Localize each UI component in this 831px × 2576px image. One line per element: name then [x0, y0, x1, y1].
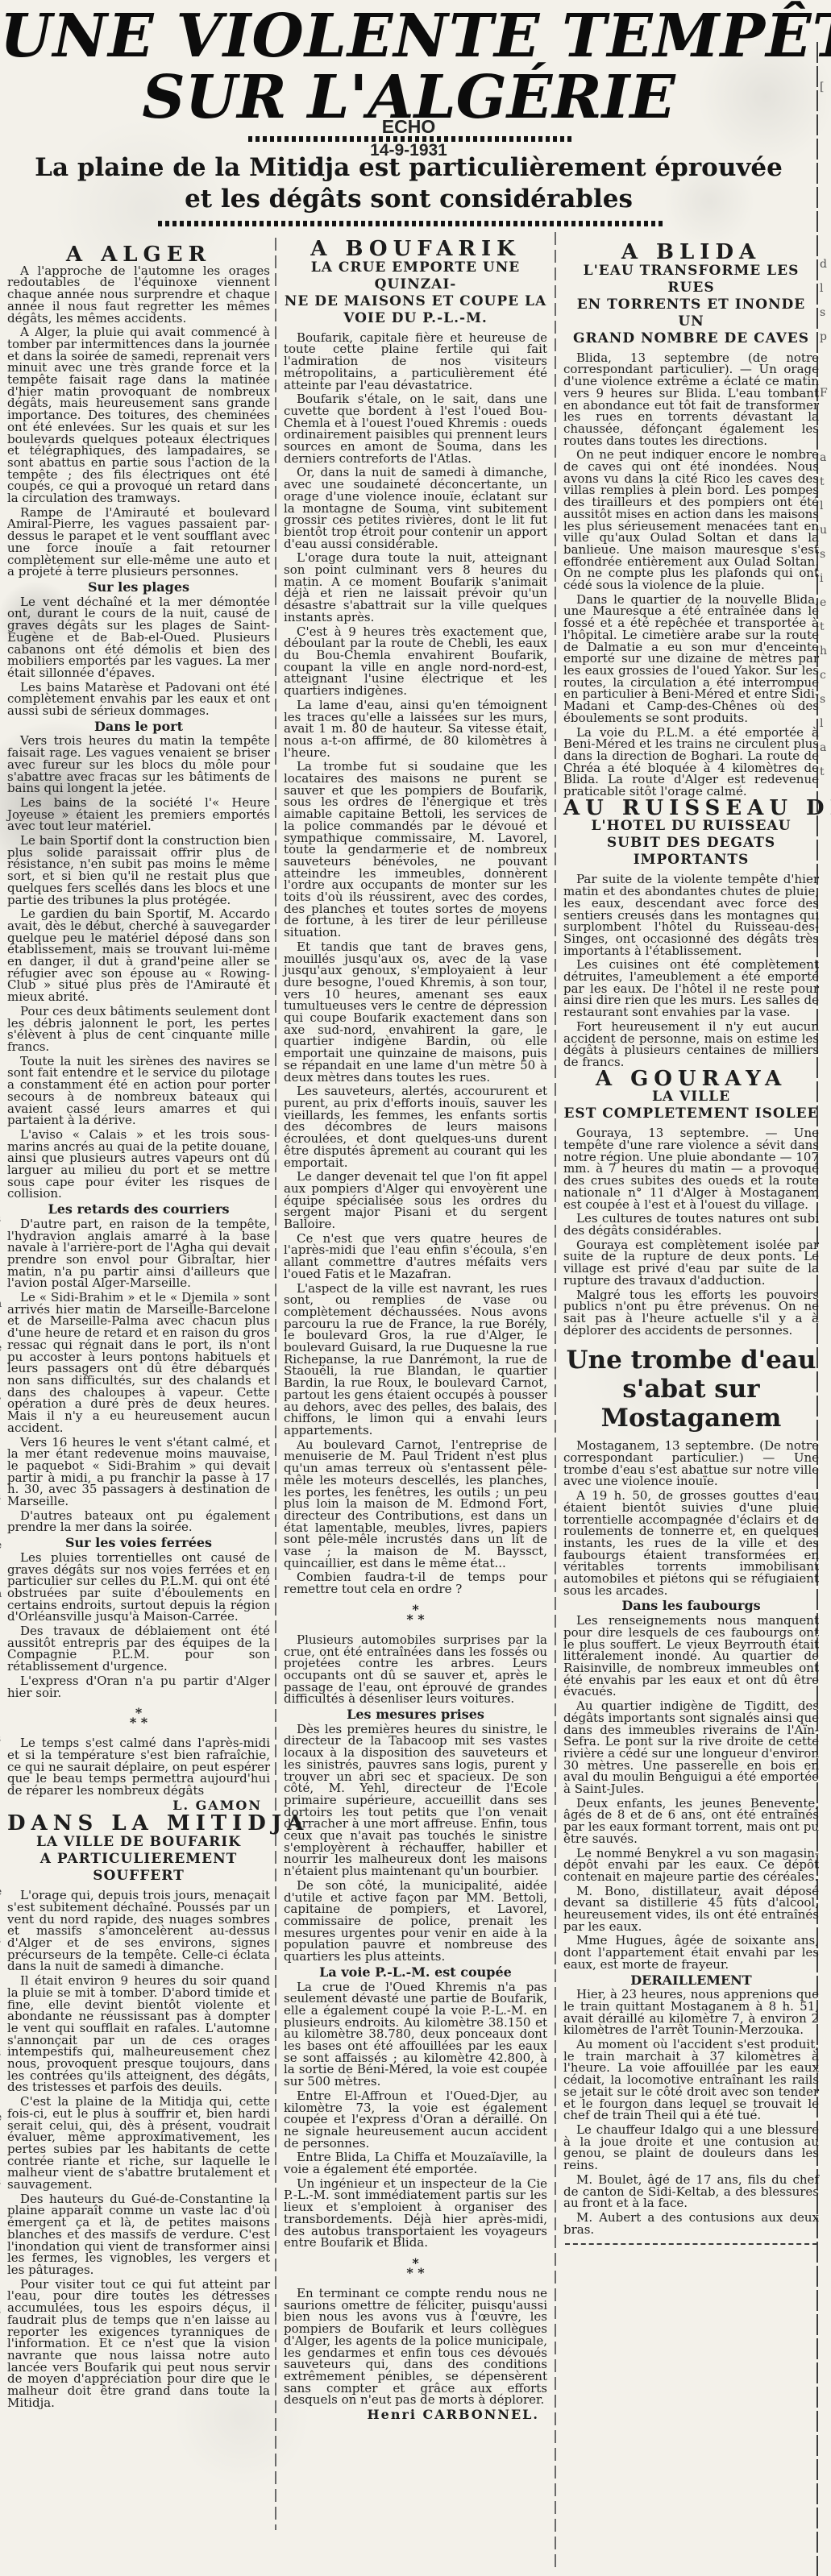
edge-glyph: d: [820, 258, 827, 271]
crosshead: Sur les plages: [7, 582, 270, 594]
paragraph: Malgré tous les efforts les pouvoirs pub…: [563, 1289, 819, 1337]
article-subheading: L'HOTEL DU RUISSEAU SUBIT DES DEGATS IMP…: [563, 818, 819, 869]
paragraph: Or, dans la nuit de samedi à dimanche, a…: [284, 467, 547, 550]
paragraph: A 19 h. 50, de grosses gouttes d'eau éta…: [563, 1490, 819, 1596]
paragraph: Boufarik s'étale, on le sait, dans une c…: [284, 393, 547, 464]
paragraph: Au moment où l'accident s'est produit, l…: [563, 2039, 819, 2122]
column-boufarik: A BOUFARIKLA CRUE EMPORTE UNE QUINZAI- N…: [284, 239, 547, 2428]
paragraph: En terminant ce compte rendu nous ne sau…: [284, 2288, 547, 2406]
paragraph: Entre Blida, La Chiffa et Mouzaïaville, …: [284, 2151, 547, 2175]
column-rule-2: [555, 232, 556, 2570]
article-subheading: LA CRUE EMPORTE UNE QUINZAI- NE DE MAISO…: [284, 259, 547, 327]
edge-glyph: t: [820, 475, 825, 488]
paragraph: Le nommé Benykrel a vu son magasin-dépôt…: [563, 1848, 819, 1883]
headline-line-1: UNE VIOLENTE TEMPÊTE: [0, 2, 817, 71]
edge-glyph: a: [0, 1297, 2, 1310]
paragraph: Au quartier indigène de Tigditt, des dég…: [563, 1700, 819, 1795]
paragraph: Blida, 13 septembre (de notre correspond…: [563, 352, 819, 447]
edge-glyph: s: [0, 2304, 1, 2317]
edge-glyph: r: [0, 1394, 1, 1407]
edge-glyph: l: [820, 717, 823, 730]
paragraph: L'aviso « Calais » et les trois sous-mar…: [7, 1129, 270, 1200]
paragraph: De son côté, la municipalité, aidée d'ut…: [284, 1880, 547, 1963]
edge-glyph: p: [820, 330, 827, 343]
end-rule: [565, 2243, 817, 2245]
stars-separator: * * *: [7, 1708, 270, 1728]
edge-glyph: s: [820, 306, 825, 319]
crosshead: La voie P.-L.-M. est coupée: [284, 1967, 547, 1979]
paragraph: L'orage qui, depuis trois jours, menaçai…: [7, 1889, 270, 1972]
column-blida: A BLIDAL'EAU TRANSFORME LES RUES EN TORR…: [563, 242, 819, 2245]
edge-glyph: i: [820, 572, 823, 585]
edge-glyph: s: [820, 693, 825, 706]
article-heading: A ALGER: [7, 249, 270, 261]
paragraph: Le bain Sportif dont la construction bie…: [7, 835, 270, 906]
article-heading: DANS LA MITIDJA: [7, 1818, 270, 1830]
paragraph: Le chauffeur Idalgo qui a une blessure à…: [563, 2124, 819, 2172]
paragraph: La trombe fut si soudaine que les locata…: [284, 761, 547, 939]
paragraph: Gouraya est complètement isolée par suit…: [563, 1239, 819, 1287]
paragraph: Des hauteurs du Gué-de-Constantine la pl…: [7, 2193, 270, 2276]
edge-glyph: a: [820, 451, 826, 464]
paragraph: Pour visiter tout ce qui fut atteint par…: [7, 2279, 270, 2409]
archive-stamp-date: 14-9-1931: [0, 141, 817, 160]
paragraph: Et tandis que tant de braves gens, mouil…: [284, 941, 547, 1083]
paragraph: Vers 16 heures le vent s'étant calmé, et…: [7, 1437, 270, 1508]
edge-glyph: h: [820, 645, 827, 657]
edge-glyph: a: [820, 741, 826, 754]
column-rule-1: [275, 238, 276, 2530]
edge-glyph: e: [0, 1342, 2, 1354]
paragraph: Plusieurs automobiles surprises par la c…: [284, 1634, 547, 1705]
article-heading: A BLIDA: [563, 247, 819, 259]
paragraph: La voie du P.L.M. a été emportée à Beni-…: [563, 727, 819, 798]
paragraph: Entre El-Affroun et l'Oued-Djer, au kilo…: [284, 2090, 547, 2150]
newspaper-page: UNE VIOLENTE TEMPÊTE SUR L'ALGÉRIE ECHO …: [0, 0, 831, 2576]
paragraph: On ne peut indiquer encore le nombre de …: [563, 449, 819, 591]
paragraph: La lame d'eau, ainsi qu'en témoignent le…: [284, 699, 547, 759]
paragraph: Les sauveteurs, alertés, accoururent et …: [284, 1085, 547, 1168]
signature: Henri CARBONNEL.: [284, 2409, 539, 2421]
paragraph: Le vent déchaîné et la mer démontée ont,…: [7, 596, 270, 679]
paragraph: Rampe de l'Amirauté et boulevard Amiral-…: [7, 507, 270, 578]
paragraph: Les bains Matarèse et Padovani ont été c…: [7, 682, 270, 717]
paragraph: Toute la nuit les sirènes des navires se…: [7, 1056, 270, 1126]
edge-glyph: s: [0, 1491, 1, 1504]
paragraph: Les bains de la société l'« Heure Joyeus…: [7, 797, 270, 832]
crosshead: Les mesures prises: [284, 1709, 547, 1721]
paragraph: Ce n'est que vers quatre heures de l'apr…: [284, 1233, 547, 1280]
paragraph: Fort heureusement il n'y eut aucun accid…: [563, 1021, 819, 1068]
column-alger: A ALGERA l'approche de l'automne les ora…: [7, 244, 270, 2411]
article-heading: AU RUISSEAU DES SINGES: [563, 803, 819, 815]
edge-glyph: e: [0, 1885, 2, 1898]
paragraph: M. Aubert a des contusions aux deux bras…: [563, 2212, 819, 2235]
crosshead: DERAILLEMENT: [563, 1975, 819, 1987]
edge-glyph: c: [820, 669, 826, 682]
paragraph: Des travaux de déblaiement ont été aussi…: [7, 1625, 270, 1673]
paragraph: Combien faudra-t-il de temps pour remett…: [284, 1571, 547, 1595]
deck-line-2: et les dégâts sont considérables: [0, 185, 817, 214]
paragraph: La crue de l'Oued Khremis n'a pas seulem…: [284, 1981, 547, 2088]
edge-glyph: a: [0, 1587, 2, 1600]
paragraph: Hier, à 23 heures, nous apprenions que l…: [563, 1989, 819, 2036]
paragraph: L'aspect de la ville est navrant, les ru…: [284, 1283, 547, 1437]
edge-glyph: e: [820, 596, 826, 609]
edge-glyph: t: [820, 765, 825, 778]
article-heading: A BOUFARIK: [284, 243, 547, 255]
paragraph: Au boulevard Carnot, l'entreprise de men…: [284, 1439, 547, 1570]
paragraph: Les pluies torrentielles ont causé de gr…: [7, 1552, 270, 1623]
edge-glyph: u: [820, 524, 827, 537]
paragraph: L'express d'Oran n'a pu partir d'Alger h…: [7, 1675, 270, 1699]
paragraph: Dès les premières heures du sinistre, le…: [284, 1724, 547, 1877]
edge-glyph: [: [820, 81, 824, 93]
paragraph: C'est à 9 heures très exactement que, dé…: [284, 626, 547, 697]
paragraph: Vers trois heures du matin la tempête fa…: [7, 735, 270, 794]
edge-glyph: s: [820, 548, 825, 561]
paragraph: Par suite de la violente tempête d'hier …: [563, 873, 819, 956]
edge-glyph: l: [820, 500, 823, 512]
paragraph: Boufarik, capitale fière et heureuse de …: [284, 332, 547, 392]
paragraph: Le danger devenait tel que l'on fit appe…: [284, 1171, 547, 1230]
edge-glyph: F: [820, 387, 828, 400]
edge-glyph: s: [0, 1934, 1, 1947]
edge-glyph: s: [0, 2176, 1, 2188]
paragraph: Le gardien du bain Sportif, M. Accardo a…: [7, 908, 270, 1003]
paragraph: Le temps s'est calmé dans l'après-midi e…: [7, 1737, 270, 1797]
edge-glyph: e: [0, 1539, 2, 1552]
paragraph: Gouraya, 13 septembre. — Une tempête d'u…: [563, 1127, 819, 1210]
right-edge-cut-text: [dlspFatlusiethcslat: [819, 0, 831, 2576]
paragraph: Les cuisines ont été complètement détrui…: [563, 959, 819, 1018]
stars-separator: * * *: [284, 2259, 547, 2278]
edge-glyph: e: [0, 2111, 2, 2124]
paragraph: Il était environ 9 heures du soir quand …: [7, 1975, 270, 2093]
paragraph: Pour ces deux bâtiments seulement dont l…: [7, 1006, 270, 1053]
edge-glyph: s: [0, 1732, 1, 1745]
paragraph: D'autre part, en raison de la tempête, l…: [7, 1218, 270, 1289]
signature: L. GAMON: [7, 1800, 262, 1812]
display-heading: Une trombe d'eau s'abat sur Mostaganem: [563, 1346, 819, 1433]
archive-stamp-source: ECHO: [0, 116, 817, 138]
paragraph: D'autres bateaux ont pu également prendr…: [7, 1510, 270, 1533]
paragraph: A Alger, la pluie qui avait commencé à t…: [7, 326, 270, 504]
paragraph: L'orage dura toute la nuit, atteignant s…: [284, 552, 547, 623]
article-subheading: LA VILLE EST COMPLETEMENT ISOLEE: [563, 1089, 819, 1122]
crosshead: Dans les faubourgs: [563, 1600, 819, 1612]
edge-glyph: s: [0, 1213, 1, 1226]
paragraph: Le « Sidi-Brahim » et le « Djemila » son…: [7, 1292, 270, 1433]
paragraph: Dans le quartier de la nouvelle Blida, u…: [563, 594, 819, 724]
article-subheading: LA VILLE DE BOUFARIK A PARTICULIEREMENT …: [7, 1834, 270, 1885]
paragraph: A l'approche de l'automne les orages red…: [7, 265, 270, 325]
paragraph: Les cultures de toutes natures ont subi …: [563, 1213, 819, 1236]
stars-separator: * * *: [284, 1605, 547, 1624]
crosshead: Les retards des courriers: [7, 1204, 270, 1216]
edge-glyph: t: [820, 620, 825, 633]
paragraph: Mme Hugues, âgée de soixante ans, dont l…: [563, 1935, 819, 1970]
paragraph: M. Bono, distillateur, avait déposé deva…: [563, 1885, 819, 1933]
paragraph: Mostaganem, 13 septembre. (De notre corr…: [563, 1440, 819, 1487]
paragraph: Un ingénieur et un inspecteur de la Cie …: [284, 2178, 547, 2249]
article-subheading: L'EAU TRANSFORME LES RUES EN TORRENTS ET…: [563, 263, 819, 347]
crosshead: Sur les voies ferrées: [7, 1537, 270, 1549]
edge-glyph: l: [820, 282, 823, 295]
edge-glyph: s: [0, 2047, 1, 2060]
paragraph: C'est la plaine de la Mitidja qui, cette…: [7, 2096, 270, 2191]
left-edge-cut-text: siaer-sealsiestsesisli: [0, 0, 6, 2576]
crosshead: Dans le port: [7, 721, 270, 733]
paragraph: Deux enfants, les jeunes Benevente, âgés…: [563, 1798, 819, 1845]
paragraph: Les renseignements nous manquent pour di…: [563, 1615, 819, 1698]
paragraph: M. Boulet, âgé de 17 ans, fils du chef d…: [563, 2174, 819, 2209]
article-heading: A GOURAYA: [563, 1073, 819, 1085]
dotted-rule-bottom: [158, 221, 666, 226]
